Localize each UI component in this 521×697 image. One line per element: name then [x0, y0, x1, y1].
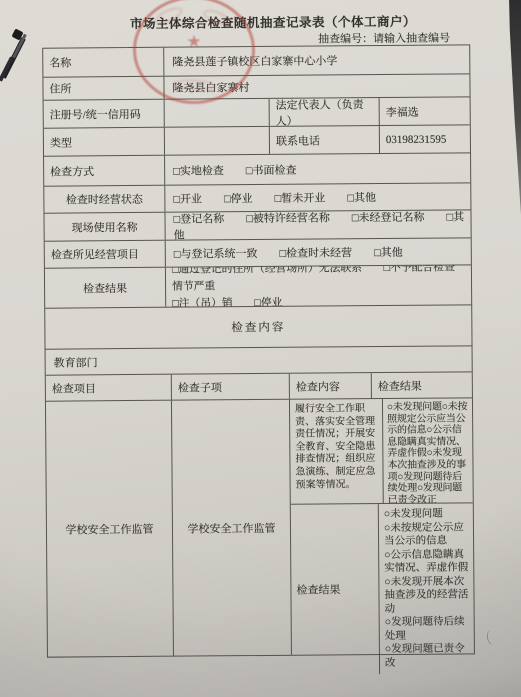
row-check-result: 检查结果 □通过登记的住所（经营场所）无法联系 □不予配合检查情节严重 □注（吊… — [45, 264, 471, 307]
inspection-item: 学校安全工作监管 — [46, 401, 173, 657]
content-section-title: 检查内容 — [45, 305, 471, 348]
registration-value-cell — [164, 99, 269, 127]
form-content: 市场主体综合检查随机抽查记录表（个体工商户） 抽查编号：请输入抽查编号 名称 隆… — [0, 0, 521, 697]
seen-items-options: □与登记系统一致 □检查时未经营 □其他 — [165, 238, 471, 266]
result-cell-label: 检查结果 — [291, 504, 379, 675]
type-label: 类型 — [44, 128, 164, 156]
inspection-result-inline: ○未发现问题○未按照规定公示应当公示的信息○公示信息隐瞒真实情况、弄虚作假○未发… — [382, 398, 473, 503]
method-options: □实地检查 □书面检查 — [164, 153, 470, 184]
row-type: 类型 联系电话 03198231595 — [44, 124, 470, 155]
status-label: 检查时经营状态 — [44, 186, 164, 213]
status-options: □开业 □停业 □暂未开业 □其他 — [164, 183, 470, 211]
row-department: 教育部门 — [46, 345, 472, 374]
check-result-line2: □注（吊）销 □停业 — [172, 293, 465, 306]
grid-header-item: 检查项目 — [46, 375, 171, 401]
row-grid-header: 检查项目 检查子项 检查内容 检查结果 — [46, 371, 472, 400]
seen-items-label: 检查所见经营项目 — [45, 241, 165, 268]
phone-label: 联系电话 — [269, 126, 379, 154]
grid-subrow-result: 检查结果 ○未发现问题 ○未按规定公示应当公示的信息 ○公示信息隐瞒真实情况、弄… — [291, 502, 474, 674]
check-result-options: □通过登记的住所（经营场所）无法联系 □不予配合检查情节严重 □注（吊）销 □停… — [165, 265, 471, 306]
row-grid-body: 学校安全工作监管 学校安全工作监管 履行安全工作职责、落实安全管理责任情况；开展… — [46, 397, 474, 656]
department-label: 教育部门 — [46, 346, 472, 374]
form-table: 名称 隆尧县莲子镇校区白家寨中心小学 住所 隆尧县白家寨村 注册号/统一信用码 … — [42, 44, 475, 657]
address-value: 隆尧县白家寨村 — [163, 74, 469, 98]
row-seen-items: 检查所见经营项目 □与登记系统一致 □检查时未经营 □其他 — [45, 237, 471, 267]
row-method: 检查方式 □实地检查 □书面检查 — [44, 152, 470, 185]
result-option-list: ○未发现问题 ○未按规定公示应当公示的信息 ○公示信息隐瞒真实情况、弄虚作假 ○… — [378, 503, 474, 674]
phone-value: 03198231595 — [379, 125, 470, 153]
paper-sheet: 市场主体综合检查随机抽查记录表（个体工商户） 抽查编号：请输入抽查编号 名称 隆… — [0, 0, 521, 697]
row-sitename: 现场使用名称 □登记名称 □被特许经营名称 □未经登记名称 □其他 — [44, 209, 470, 240]
sitename-options: □登记名称 □被特许经营名称 □未经登记名称 □其他 — [164, 210, 470, 239]
check-result-label: 检查结果 — [45, 268, 165, 308]
inspection-subitem: 学校安全工作监管 — [171, 400, 291, 656]
row-registration: 注册号/统一信用码 法定代表人（负责人） 李福选 — [44, 96, 470, 127]
address-label: 住所 — [43, 77, 163, 100]
grid-subrow-content: 履行安全工作职责、落实安全管理责任情况；开展安全教育、安全隐患排查情况；组织应急… — [290, 398, 473, 503]
grid-header-subitem: 检查子项 — [171, 374, 289, 400]
type-value-cell — [164, 127, 269, 155]
name-value: 隆尧县莲子镇校区白家寨中心小学 — [163, 45, 469, 75]
check-result-line1: □通过登记的住所（经营场所）无法联系 □不予配合检查情节严重 — [172, 265, 465, 295]
photographed-form: { "colors": { "stamp": "#b23b32", "ink":… — [0, 0, 521, 697]
legal-rep-value: 李福选 — [379, 97, 470, 125]
row-status: 检查时经营状态 □开业 □停业 □暂未开业 □其他 — [44, 182, 470, 212]
row-name: 名称 隆尧县莲子镇校区白家寨中心小学 — [43, 45, 469, 76]
inspection-content-text: 履行安全工作职责、落实安全管理责任情况；开展安全教育、安全隐患排查情况；组织应急… — [290, 399, 383, 504]
pen-object — [0, 30, 41, 88]
name-label: 名称 — [43, 48, 163, 77]
registration-label: 注册号/统一信用码 — [44, 100, 164, 128]
legal-rep-label: 法定代表人（负责人） — [269, 98, 379, 126]
method-label: 检查方式 — [44, 156, 164, 186]
row-address: 住所 隆尧县白家寨村 — [43, 73, 469, 99]
grid-header-content: 检查内容 — [289, 373, 371, 399]
grid-header-result: 检查结果 — [371, 372, 472, 398]
sitename-label: 现场使用名称 — [44, 213, 164, 241]
grid-right-columns: 履行安全工作职责、落实安全管理责任情况；开展安全教育、安全隐患排查情况；组织应急… — [289, 398, 474, 654]
row-content-title: 检查内容 — [45, 304, 471, 348]
